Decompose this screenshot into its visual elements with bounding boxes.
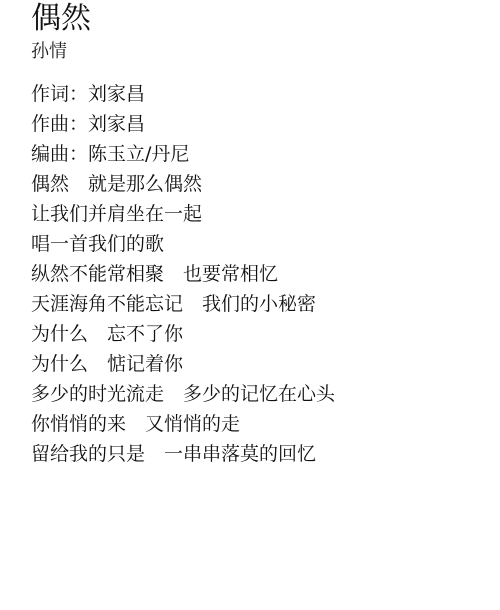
lyrics-block: 作词：刘家昌 作曲：刘家昌 编曲：陈玉立/丹尼 偶然 就是那么偶然 让我们并肩坐… [31, 79, 500, 469]
lyric-line: 多少的时光流走 多少的记忆在心头 [31, 379, 500, 409]
lyrics-page: 偶然 孙情 作词：刘家昌 作曲：刘家昌 编曲：陈玉立/丹尼 偶然 就是那么偶然 … [31, 0, 500, 469]
lyric-line: 留给我的只是 一串串落莫的回忆 [31, 439, 500, 469]
lyric-line: 偶然 就是那么偶然 [31, 169, 500, 199]
lyric-line: 让我们并肩坐在一起 [31, 199, 500, 229]
credit-lyricist: 作词：刘家昌 [31, 79, 500, 109]
lyric-line: 为什么 忘不了你 [31, 319, 500, 349]
lyric-line: 纵然不能常相聚 也要常相忆 [31, 259, 500, 289]
lyric-line: 为什么 惦记着你 [31, 349, 500, 379]
credit-arranger: 编曲：陈玉立/丹尼 [31, 139, 500, 169]
credit-composer: 作曲：刘家昌 [31, 109, 500, 139]
song-title: 偶然 [31, 0, 500, 38]
song-artist: 孙情 [31, 38, 500, 66]
lyric-line: 唱一首我们的歌 [31, 229, 500, 259]
lyric-line: 天涯海角不能忘记 我们的小秘密 [31, 289, 500, 319]
lyric-line: 你悄悄的来 又悄悄的走 [31, 409, 500, 439]
